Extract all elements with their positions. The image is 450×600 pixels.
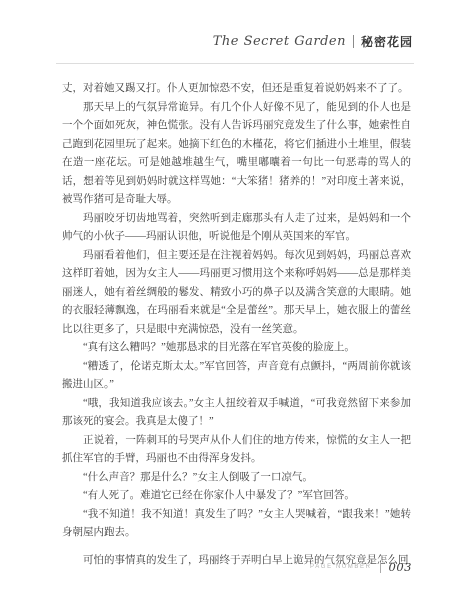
paragraph: “真有这么糟吗？”她那恳求的目光落在军官英俊的脸庞上。 — [62, 339, 411, 358]
paragraph: “什么声音？那是什么？”女主人倒吸了一口凉气。 — [62, 469, 411, 488]
paragraph: 玛丽看着他们，但主要还是在注视着妈妈。每次见到妈妈，玛丽总喜欢这样盯着她，因为女… — [62, 247, 411, 340]
header-rule — [56, 63, 414, 64]
paragraph: “糟透了，伦诺克斯太太。”军官回答，声音竟有点颤抖，“两周前你就该搬进山区。” — [62, 358, 411, 395]
paragraph: “有人死了。难道它已经在你家仆人中暴发了？”军官回答。 — [62, 487, 411, 506]
book-title-english: The Secret Garden — [213, 34, 346, 49]
page-number: 003 — [389, 560, 412, 574]
page-footer: PAGE NUMBER 003 — [310, 560, 412, 574]
paragraph: “我不知道！我不知道！真发生了吗？”女主人哭喊着，“跟我来！”她转身朝屋内跑去。 — [62, 506, 411, 543]
footer-separator — [380, 562, 381, 573]
book-page: The Secret Garden 秘密花园 丈，对着她又踢又打。仆人更加惊恐不… — [0, 0, 450, 600]
paragraph: “哦，我知道我应该去。”女主人扭绞着双手喊道，“可我竟然留下来参加那该死的宴会。… — [62, 395, 411, 432]
header-separator — [353, 35, 354, 48]
body-text: 丈，对着她又踢又打。仆人更加惊恐不安，但还是重复着说奶妈来不了了。 那天早上的气… — [62, 80, 411, 570]
page-number-label: PAGE NUMBER — [310, 564, 372, 570]
book-title-chinese: 秘密花园 — [361, 33, 413, 50]
paragraph: 玛丽咬牙切齿地骂着，突然听到走廊那头有人走了过来，是妈妈和一个帅气的小伙子——玛… — [62, 210, 411, 247]
paragraph: 那天早上的气氛异常诡异。有几个仆人好像不见了，能见到的仆人也是一个个面如死灰，神… — [62, 99, 411, 210]
paragraph: 丈，对着她又踢又打。仆人更加惊恐不安，但还是重复着说奶妈来不了了。 — [62, 80, 411, 99]
page-header: The Secret Garden 秘密花园 — [213, 33, 413, 50]
paragraph: 正说着，一阵刺耳的号哭声从仆人们住的地方传来，惊慌的女主人一把抓住军官的手臂，玛… — [62, 432, 411, 469]
